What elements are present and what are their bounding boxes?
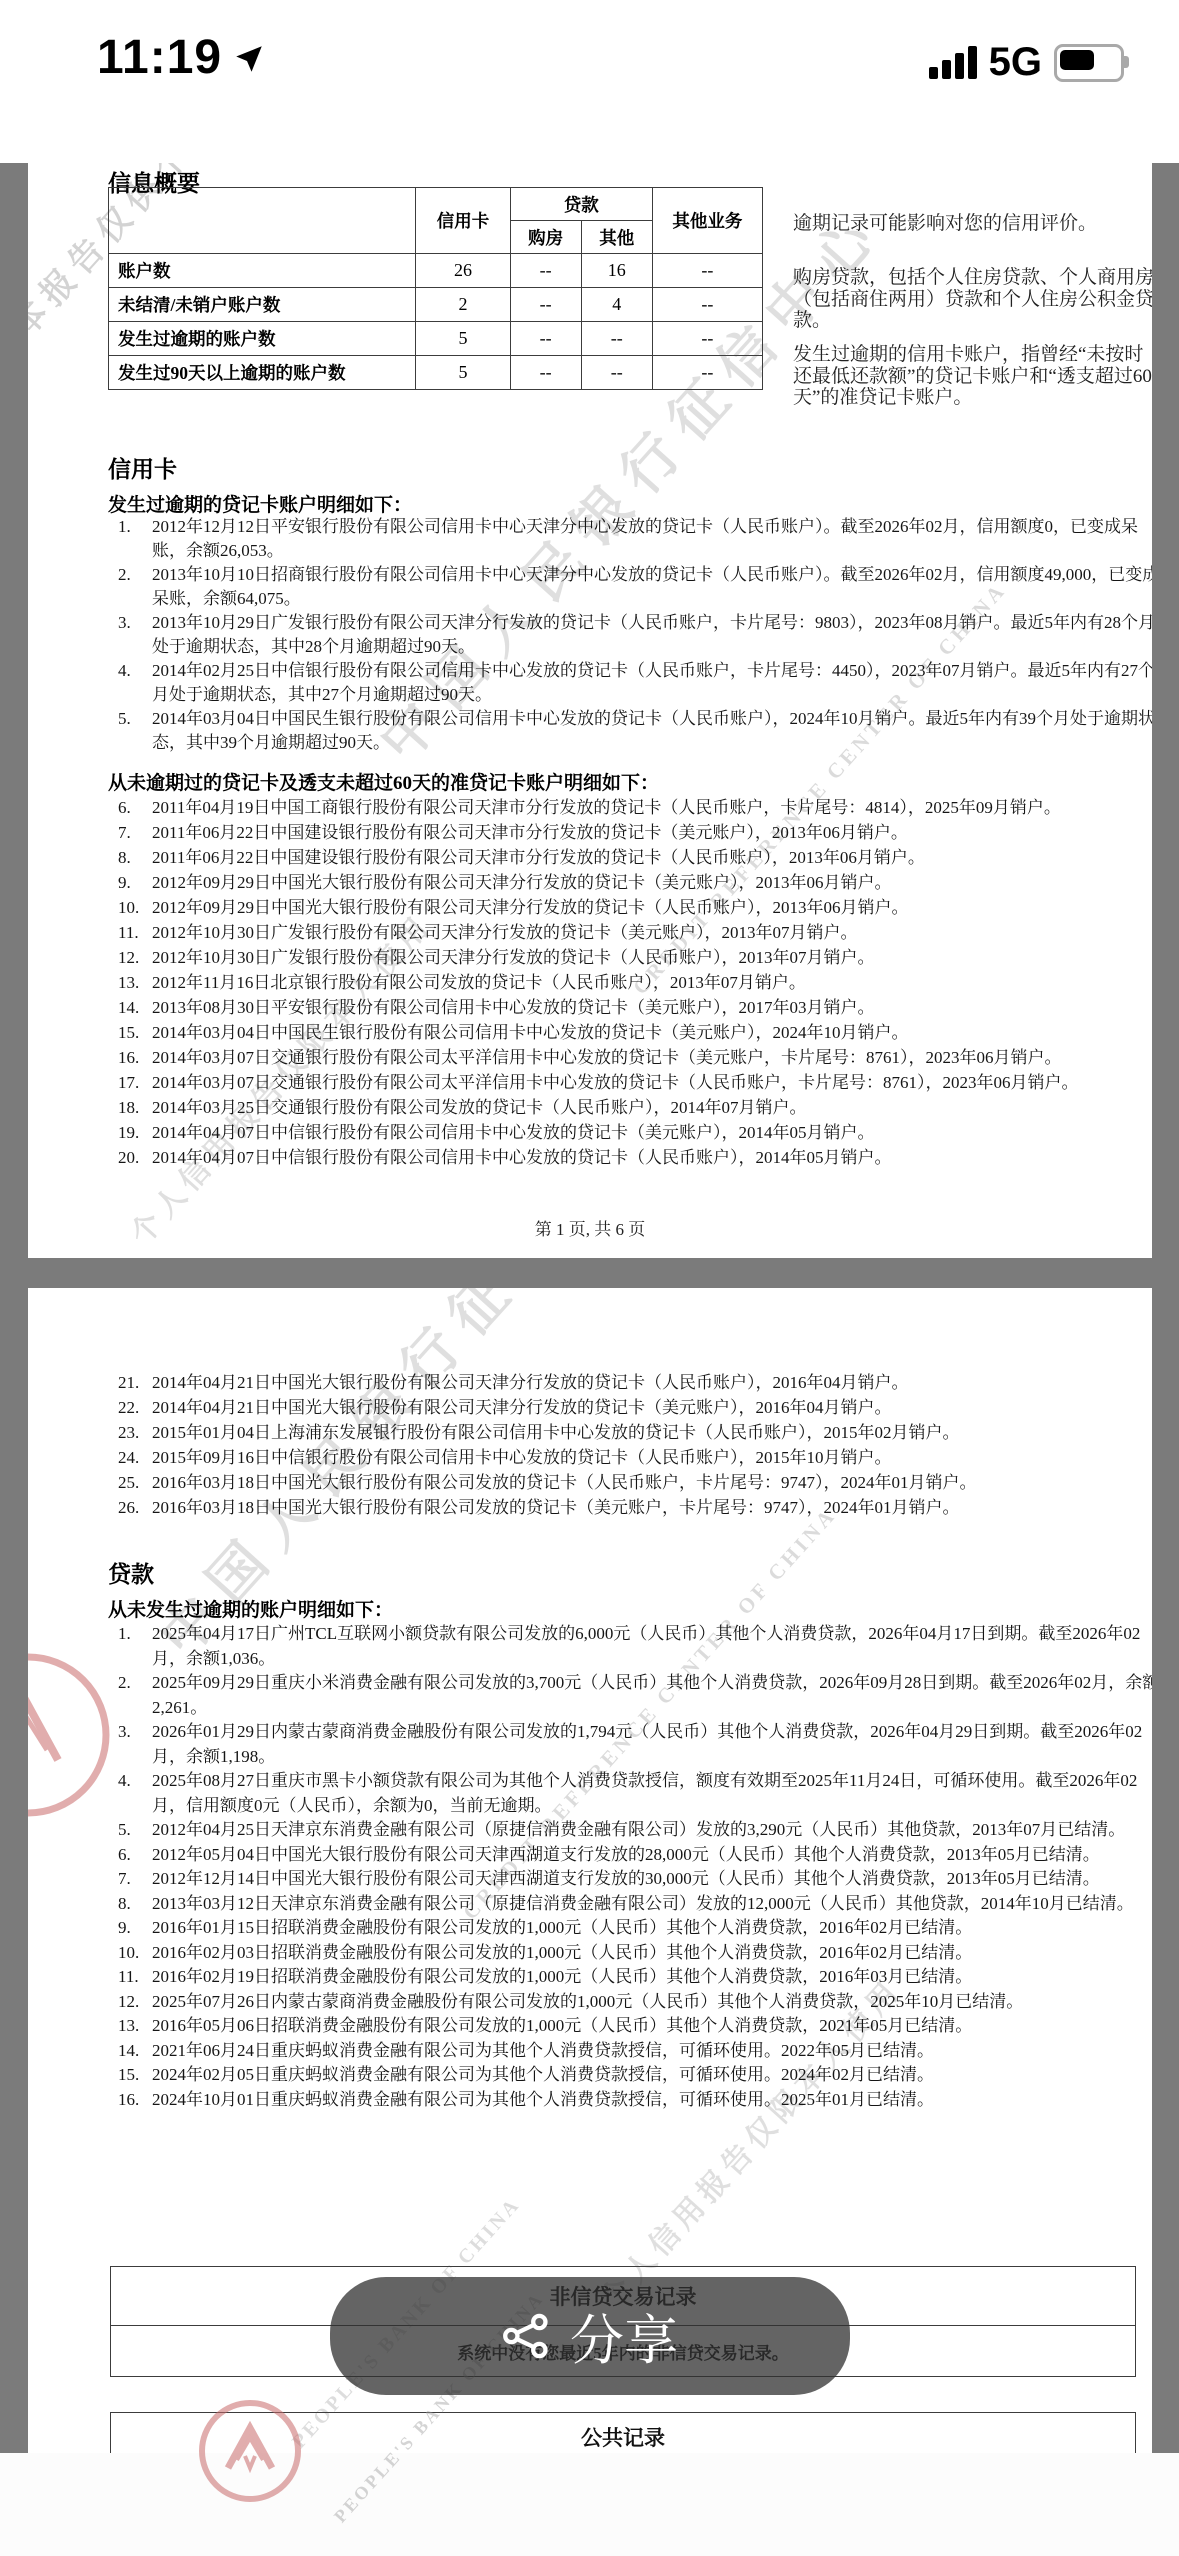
list-item: 1.2025年04月17日广州TCL互联网小额贷款有限公司发放的6,000元（人… <box>118 1622 1152 1671</box>
list-item: 13.2016年05月06日招联消费金融股份有限公司发放的1,000元（人民币）… <box>118 2014 1152 2039</box>
network-type: 5G <box>989 40 1042 85</box>
share-label: 分享 <box>570 2298 678 2375</box>
cell-loan-house: -- <box>510 254 581 288</box>
list-item: 4.2014年02月25日中信银行股份有限公司信用卡中心发放的贷记卡（人民币账户… <box>118 659 1152 707</box>
list-item: 8.2013年03月12日天津京东消费金融有限公司（原捷信消费金融有限公司）发放… <box>118 1892 1152 1917</box>
status-bar: 11:19 5G <box>0 0 1179 163</box>
list-item: 16.2014年03月07日交通银行股份有限公司太平洋信用卡中心发放的贷记卡（美… <box>118 1045 1152 1070</box>
note-overdue-card-def: 发生过逾期的信用卡账户，指曾经“未按时还最低还款额”的贷记卡账户和“透支超过60… <box>793 344 1152 409</box>
list-item: 11.2016年02月19日招联消费金融股份有限公司发放的1,000元（人民币）… <box>118 1965 1152 1990</box>
list-item: 7.2011年06月22日中国建设银行股份有限公司天津市分行发放的贷记卡（美元账… <box>118 820 1152 845</box>
overdue-heading: 发生过逾期的贷记卡账户明细如下： <box>108 490 412 517</box>
page-footer: 第 1 页, 共 6 页 <box>28 1215 1152 1240</box>
summary-table-row: 发生过90天以上逾期的账户数 5 -- -- -- <box>109 356 763 390</box>
list-item: 3.2013年10月29日广发银行股份有限公司天津分行发放的贷记卡（人民币账户，… <box>118 611 1152 659</box>
loan-heading: 从未发生过逾期的账户明细如下： <box>108 1595 393 1622</box>
list-item: 19.2014年04月07日中信银行股份有限公司信用卡中心发放的贷记卡（美元账户… <box>118 1120 1152 1145</box>
status-right-cluster: 5G <box>929 40 1124 85</box>
list-item: 11.2012年10月30日广发银行股份有限公司天津分行发放的贷记卡（美元账户）… <box>118 920 1152 945</box>
list-item: 5.2014年03月04日中国民生银行股份有限公司信用卡中心发放的贷记卡（人民币… <box>118 707 1152 755</box>
clock: 11:19 <box>97 30 222 85</box>
loan-title: 贷款 <box>108 1556 154 1589</box>
list-item: 15.2024年02月05日重庆蚂蚁消费金融有限公司为其他个人消费贷款授信，可循… <box>118 2063 1152 2088</box>
cell-loan-other: -- <box>581 322 652 356</box>
cell-other-business: -- <box>652 356 762 390</box>
col-credit-card: 信用卡 <box>416 188 510 254</box>
list-item: 1.2012年12月12日平安银行股份有限公司信用卡中心天津分中心发放的贷记卡（… <box>118 515 1152 563</box>
cell-loan-house: -- <box>510 322 581 356</box>
list-item: 20.2014年04月07日中信银行股份有限公司信用卡中心发放的贷记卡（人民币账… <box>118 1145 1152 1170</box>
summary-table: 信用卡 贷款 其他业务 购房 其他 账户数 26 -- 16 <box>108 187 763 390</box>
list-item: 2.2013年10月10日招商银行股份有限公司信用卡中心天津分中心发放的贷记卡（… <box>118 563 1152 611</box>
list-item: 10.2012年09月29日中国光大银行股份有限公司天津分行发放的贷记卡（人民币… <box>118 895 1152 920</box>
cell-loan-house: -- <box>510 288 581 322</box>
share-popup[interactable]: 分享 <box>330 2277 850 2395</box>
cell-credit-card: 26 <box>416 254 510 288</box>
list-item: 6.2012年05月04日中国光大银行股份有限公司天津西湖道支行发放的28,00… <box>118 1843 1152 1868</box>
row-label: 发生过90天以上逾期的账户数 <box>109 356 416 390</box>
note-overdue: 逾期记录可能影响对您的信用评价。 <box>793 213 1152 235</box>
note-house-loan: 购房贷款，包括个人住房贷款、个人商用房（包括商住两用）贷款和个人住房公积金贷款。 <box>793 267 1152 332</box>
bottom-band: PEOPLE'S BANK OF CHINA <box>0 2453 1179 2556</box>
phone-screen: 11:19 5G 本报告仅供个人信用状况使用 中国人民银行征信中心 CREDIT… <box>0 0 1179 2556</box>
list-item: 25.2016年03月18日中国光大银行股份有限公司发放的贷记卡（人民币账户，卡… <box>118 1470 1152 1495</box>
col-loan-other: 其他 <box>581 221 652 254</box>
summary-table-row: 发生过逾期的账户数 5 -- -- -- <box>109 322 763 356</box>
public-records-title: 公共记录 <box>111 2413 1135 2453</box>
cell-loan-other: 16 <box>581 254 652 288</box>
list-item: 6.2011年04月19日中国工商银行股份有限公司天津市分行发放的贷记卡（人民币… <box>118 795 1152 820</box>
battery-icon <box>1054 44 1124 82</box>
list-item: 5.2012年04月25日天津京东消费金融有限公司（原捷信消费金融有限公司）发放… <box>118 1818 1152 1843</box>
public-records-section: 公共记录 <box>110 2412 1136 2453</box>
cell-loan-house: -- <box>510 356 581 390</box>
list-item: 4.2025年08月27日重庆市黑卡小额贷款有限公司为其他个人消费贷款授信，额度… <box>118 1769 1152 1818</box>
report-page-1: 本报告仅供个人信用状况使用 中国人民银行征信中心 CREDIT REFERENC… <box>28 163 1152 1258</box>
never-overdue-card-list: 6.2011年04月19日中国工商银行股份有限公司天津市分行发放的贷记卡（人民币… <box>118 795 1152 1170</box>
cell-other-business: -- <box>652 288 762 322</box>
cell-loan-other: 4 <box>581 288 652 322</box>
red-seal-icon <box>28 1650 113 1820</box>
list-item: 9.2012年09月29日中国光大银行股份有限公司天津分行发放的贷记卡（美元账户… <box>118 870 1152 895</box>
col-other-business: 其他业务 <box>652 188 762 254</box>
share-icon <box>502 2312 550 2360</box>
cell-other-business: -- <box>652 254 762 288</box>
list-item: 2.2025年09月29日重庆小米消费金融有限公司发放的3,700元（人民币）其… <box>118 1671 1152 1720</box>
overdue-card-list: 1.2012年12月12日平安银行股份有限公司信用卡中心天津分中心发放的贷记卡（… <box>118 515 1152 755</box>
list-item: 21.2014年04月21日中国光大银行股份有限公司天津分行发放的贷记卡（人民币… <box>118 1370 1152 1395</box>
col-loan-house: 购房 <box>510 221 581 254</box>
cell-credit-card: 5 <box>416 356 510 390</box>
list-item: 3.2026年01月29日内蒙古蒙商消费金融股份有限公司发放的1,794元（人民… <box>118 1720 1152 1769</box>
list-item: 12.2012年10月30日广发银行股份有限公司天津分行发放的贷记卡（人民币账户… <box>118 945 1152 970</box>
row-label: 发生过逾期的账户数 <box>109 322 416 356</box>
document-viewer[interactable]: 本报告仅供个人信用状况使用 中国人民银行征信中心 CREDIT REFERENC… <box>0 163 1179 2453</box>
loan-list: 1.2025年04月17日广州TCL互联网小额贷款有限公司发放的6,000元（人… <box>118 1622 1152 2112</box>
list-item: 12.2025年07月26日内蒙古蒙商消费金融股份有限公司发放的1,000元（人… <box>118 1990 1152 2015</box>
list-item: 9.2016年01月15日招联消费金融股份有限公司发放的1,000元（人民币）其… <box>118 1916 1152 1941</box>
credit-card-title: 信用卡 <box>108 451 177 484</box>
list-item: 18.2014年03月25日交通银行股份有限公司发放的贷记卡（人民币账户），20… <box>118 1095 1152 1120</box>
list-item: 8.2011年06月22日中国建设银行股份有限公司天津市分行发放的贷记卡（人民币… <box>118 845 1152 870</box>
cell-loan-other: -- <box>581 356 652 390</box>
list-item: 26.2016年03月18日中国光大银行股份有限公司发放的贷记卡（美元账户，卡片… <box>118 1495 1152 1520</box>
card-list-continued: 21.2014年04月21日中国光大银行股份有限公司天津分行发放的贷记卡（人民币… <box>118 1370 1152 1520</box>
list-item: 23.2015年01月04日上海浦东发展银行股份有限公司信用卡中心发放的贷记卡（… <box>118 1420 1152 1445</box>
summary-table-row: 未结清/未销户账户数 2 -- 4 -- <box>109 288 763 322</box>
list-item: 14.2021年06月24日重庆蚂蚁消费金融有限公司为其他个人消费贷款授信，可循… <box>118 2039 1152 2064</box>
row-label: 未结清/未销户账户数 <box>109 288 416 322</box>
list-item: 16.2024年10月01日重庆蚂蚁消费金融有限公司为其他个人消费贷款授信，可循… <box>118 2088 1152 2113</box>
cell-credit-card: 2 <box>416 288 510 322</box>
location-arrow-icon <box>232 42 266 76</box>
list-item: 13.2012年11月16日北京银行股份有限公司发放的贷记卡（人民币账户），20… <box>118 970 1152 995</box>
summary-table-row: 账户数 26 -- 16 -- <box>109 254 763 288</box>
list-item: 22.2014年04月21日中国光大银行股份有限公司天津分行发放的贷记卡（美元账… <box>118 1395 1152 1420</box>
signal-bars-icon <box>929 47 977 79</box>
col-loan: 贷款 <box>510 188 652 221</box>
never-overdue-heading: 从未逾期过的贷记卡及透支未超过60天的准贷记卡账户明细如下： <box>108 768 659 795</box>
row-label: 账户数 <box>109 254 416 288</box>
cell-credit-card: 5 <box>416 322 510 356</box>
list-item: 15.2014年03月04日中国民生银行股份有限公司信用卡中心发放的贷记卡（美元… <box>118 1020 1152 1045</box>
list-item: 24.2015年09月16日中信银行股份有限公司信用卡中心发放的贷记卡（人民币账… <box>118 1445 1152 1470</box>
list-item: 10.2016年02月03日招联消费金融股份有限公司发放的1,000元（人民币）… <box>118 1941 1152 1966</box>
cell-other-business: -- <box>652 322 762 356</box>
list-item: 17.2014年03月07日交通银行股份有限公司太平洋信用卡中心发放的贷记卡（人… <box>118 1070 1152 1095</box>
list-item: 7.2012年12月14日中国光大银行股份有限公司天津西湖道支行发放的30,00… <box>118 1867 1152 1892</box>
list-item: 14.2013年08月30日平安银行股份有限公司信用卡中心发放的贷记卡（美元账户… <box>118 995 1152 1020</box>
